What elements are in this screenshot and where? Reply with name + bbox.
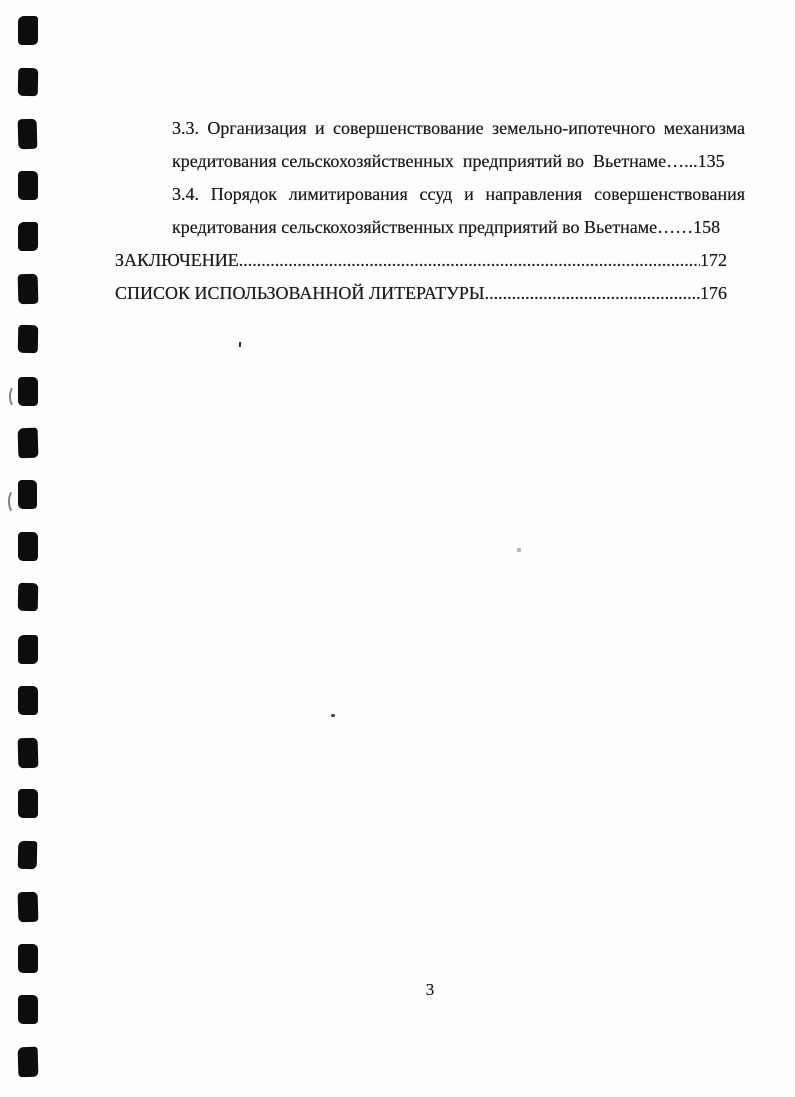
binding-hole <box>18 583 39 611</box>
toc-entry-page-number: 176 <box>700 277 727 310</box>
binding-hole <box>18 222 38 251</box>
scan-speck <box>239 342 241 347</box>
binding-hole <box>18 532 38 561</box>
binding-hole <box>18 686 38 715</box>
binding-hole <box>18 892 39 923</box>
toc-entry-label: СПИСОК ИСПОЛЬЗОВАННОЙ ЛИТЕРАТУРЫ <box>115 277 485 310</box>
dot-leader: ........................................… <box>485 277 700 310</box>
comb-binding <box>0 0 60 1097</box>
binding-hole <box>18 789 38 818</box>
binding-hole <box>18 67 39 95</box>
page-number: 3 <box>420 980 440 1000</box>
toc-entry-page-number: 172 <box>700 244 727 277</box>
binding-hole <box>18 841 38 869</box>
dot-leader: ........................................… <box>239 244 700 277</box>
binding-hole <box>18 428 39 459</box>
toc-entry-label: ЗАКЛЮЧЕНИЕ <box>115 244 239 277</box>
toc-entry-3-4-line-1: 3.4. Порядок лимитирования ссуд и направ… <box>172 178 745 211</box>
binding-hole <box>18 273 39 304</box>
scan-speck <box>517 548 521 552</box>
toc-entry-conclusion: ЗАКЛЮЧЕНИЕ .............................… <box>115 244 727 277</box>
table-of-contents: 3.3. Организация и совершенствование зем… <box>115 112 745 310</box>
binding-hole <box>18 16 38 45</box>
binding-hole <box>18 995 38 1024</box>
scan-speck <box>331 714 335 717</box>
toc-entry-bibliography: СПИСОК ИСПОЛЬЗОВАННОЙ ЛИТЕРАТУРЫ .......… <box>115 277 727 310</box>
toc-entry-3-3-line-2: кредитования сельскохозяйственных предпр… <box>172 145 745 178</box>
toc-entry-3-3-line-1: 3.3. Организация и совершенствование зем… <box>172 112 745 145</box>
binding-hole <box>18 325 39 353</box>
binding-hole <box>18 1047 39 1078</box>
binding-scan-artifact <box>9 385 22 408</box>
binding-hole <box>18 635 38 664</box>
binding-hole <box>18 171 38 200</box>
binding-hole <box>18 944 38 973</box>
toc-entry-3-4-line-2: кредитования сельскохозяйственных предпр… <box>172 211 745 244</box>
scanned-page: 3.3. Организация и совершенствование зем… <box>0 0 795 1097</box>
binding-hole <box>18 737 39 768</box>
binding-scan-artifact <box>8 489 22 514</box>
binding-hole <box>18 119 38 150</box>
